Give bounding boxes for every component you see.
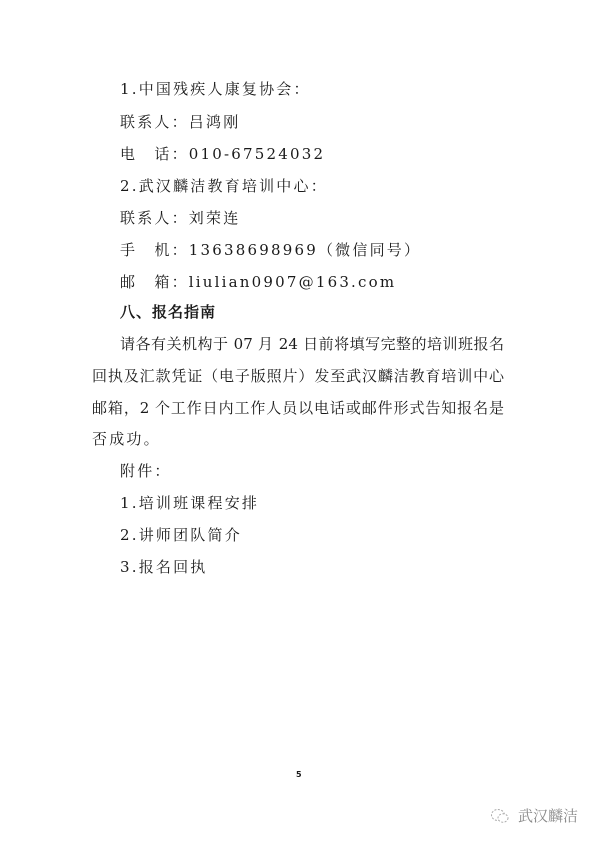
paragraph-line-4: 否成功。 bbox=[92, 430, 161, 448]
org2-mobile: 手 机：13638698969（微信同号） bbox=[120, 241, 421, 259]
org1-contact: 联系人：吕鸿刚 bbox=[120, 113, 240, 131]
org2-title: 2.武汉麟洁教育培训中心： bbox=[120, 177, 328, 195]
org2-contact: 联系人：刘荣连 bbox=[120, 209, 240, 227]
page-number: 5 bbox=[296, 770, 302, 779]
org1-phone: 电 话：010-67524032 bbox=[120, 145, 325, 163]
attachments-label: 附件： bbox=[120, 462, 172, 480]
attachment-item: 2.讲师团队简介 bbox=[120, 526, 242, 544]
attachment-item: 1.培训班课程安排 bbox=[120, 494, 259, 512]
org2-email: 邮 箱：liulian0907@163.com bbox=[120, 273, 396, 291]
watermark-text: 武汉麟洁 bbox=[518, 805, 578, 826]
watermark: 武汉麟洁 bbox=[490, 805, 578, 826]
org1-title: 1.中国残疾人康复协会： bbox=[120, 80, 311, 98]
paragraph-line-3: 邮箱，2 个工作日内工作人员以电话或邮件形式告知报名是 bbox=[92, 399, 504, 417]
attachment-item: 3.报名回执 bbox=[120, 558, 208, 576]
section-heading: 八、报名指南 bbox=[120, 303, 216, 321]
wechat-icon bbox=[490, 808, 510, 824]
paragraph-line-2: 回执及汇款凭证（电子版照片）发至武汉麟洁教育培训中心 bbox=[92, 367, 504, 385]
paragraph-line-1: 请各有关机构于 07 月 24 日前将填写完整的培训班报名 bbox=[120, 335, 504, 353]
